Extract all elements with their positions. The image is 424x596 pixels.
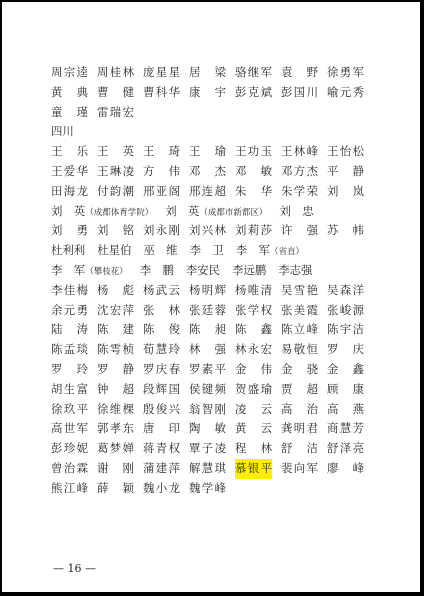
person-name: 陈 鑫 — [235, 320, 272, 340]
page-number: — 16 — — [53, 562, 96, 575]
affiliation-note: （成都市新都区） — [199, 208, 267, 218]
name-row: 黄 典曹 健曹科华康 宇彭克斌彭国川喻元秀 — [51, 83, 381, 103]
person-name: 曹 健 — [97, 83, 134, 103]
person-name: 罗素平 — [189, 360, 226, 380]
person-name: 方 伟 — [143, 162, 180, 182]
person-name: 骆继军 — [235, 63, 272, 83]
person-name: 邢连超 — [189, 182, 226, 202]
person-name: 刘 铭 — [97, 221, 134, 241]
person-name: 解慧琪 — [189, 459, 226, 479]
person-name: 刘 忠 — [279, 202, 313, 222]
person-name: 贺盛瑜 — [235, 380, 272, 400]
person-name: 杨 彪 — [97, 281, 134, 301]
person-name: 苏 帏 — [327, 221, 364, 241]
affiliation-note: （成都体育学院） — [85, 208, 153, 218]
person-name: 刘 岚 — [327, 182, 364, 202]
person-name: 周宗逵 — [51, 63, 88, 83]
name-row: 胡生富钟 超段辉国侯键频贺盛瑜贾 超顾 康 — [51, 380, 381, 400]
person-name: 陈 建 — [97, 320, 134, 340]
person-name: 魏小龙 — [143, 479, 180, 499]
person-name: 雷瑞宏 — [97, 103, 134, 123]
name-row: 陈孟琰陈雩桢荀慧玲林 强林永宏易敬恒罗 庆 — [51, 340, 381, 360]
person-name: 付韵潮 — [97, 182, 134, 202]
person-name: 陈孟琰 — [51, 340, 88, 360]
person-name: 彭克斌 — [235, 83, 272, 103]
person-name: 王爱华 — [51, 162, 88, 182]
person-name: 翁智刚 — [189, 400, 226, 420]
person-name: 刘永刚 — [143, 221, 180, 241]
person-name: 徐勇军 — [327, 63, 364, 83]
person-name: 邓 敏 — [235, 162, 272, 182]
person-name: 廖 峰 — [327, 459, 364, 479]
person-name-highlighted: 慕银平 — [235, 459, 272, 479]
person-name: 刘莉莎 — [235, 221, 272, 241]
person-name: 侯键频 — [189, 380, 226, 400]
person-name: 庞星星 — [143, 63, 180, 83]
person-name: 田海龙 — [51, 182, 88, 202]
person-name: 陈立峰 — [281, 320, 318, 340]
document-page: 周宗逵周桂林庞星星居 梁骆继军袁 野徐勇军黄 典曹 健曹科华康 宇彭克斌彭国川喻… — [2, 2, 420, 592]
person-name: 李安民 — [186, 261, 220, 281]
person-name: 杨明辉 — [189, 281, 226, 301]
person-name: 林永宏 — [235, 340, 272, 360]
person-name: 高世军 — [51, 419, 88, 439]
person-name: 袁 野 — [281, 63, 318, 83]
person-name: 薛 颖 — [97, 479, 134, 499]
section-heading: 四川 — [51, 122, 381, 142]
person-name: 魏学峰 — [189, 479, 226, 499]
person-name: 胡生富 — [51, 380, 88, 400]
name-row: 王 乐王 英王 琦王 瑜王功玉王林峰王怡松 — [51, 142, 381, 162]
person-name: 许 强 — [281, 221, 318, 241]
person-name: 罗庆春 — [143, 360, 180, 380]
person-name: 巫 维 — [143, 241, 177, 261]
person-name: 杨武云 — [143, 281, 180, 301]
person-name: 朱 华 — [235, 182, 272, 202]
person-name: 彭珍妮 — [51, 439, 88, 459]
person-name: 邢亚阁 — [143, 182, 180, 202]
person-name: 张廷蓉 — [189, 301, 226, 321]
person-name: 刘 勇 — [51, 221, 88, 241]
person-name: 金 鑫 — [327, 360, 364, 380]
person-name: 王 英 — [97, 142, 134, 162]
person-name: 李 军（省直） — [236, 241, 304, 263]
person-name: 谢 刚 — [97, 459, 134, 479]
person-name: 杜利利 — [51, 241, 85, 261]
person-name: 裴向军 — [281, 459, 318, 479]
person-name: 张 林 — [143, 301, 180, 321]
affiliation-note: （攀枝花） — [85, 267, 128, 277]
person-name: 李志强 — [278, 261, 312, 281]
person-name: 王琳凌 — [97, 162, 134, 182]
person-name: 顾 康 — [327, 380, 364, 400]
person-name: 蒋青权 — [143, 439, 180, 459]
person-name: 高 燕 — [327, 400, 364, 420]
person-name: 黄 典 — [51, 83, 88, 103]
name-row: 陆 涛陈 建陈 俊陈 昶陈 鑫陈立峰陈宇洁 — [51, 320, 381, 340]
person-name: 曹科华 — [143, 83, 180, 103]
name-row: 童 瑾雷瑞宏 — [51, 103, 381, 123]
person-name: 陈 俊 — [143, 320, 180, 340]
person-name: 罗 玲 — [51, 360, 88, 380]
person-name: 平 静 — [327, 162, 364, 182]
person-name: 刘 英（成都市新都区） — [165, 202, 267, 224]
person-name: 曾治霖 — [51, 459, 88, 479]
name-row: 杜利利杜星伯巫 维李 卫李 军（省直） — [51, 241, 381, 261]
person-name: 李 卫 — [190, 241, 224, 261]
person-name: 黄 云 — [235, 419, 272, 439]
name-row: 李 军（攀枝花）李 鹏李安民李远鹏李志强 — [51, 261, 381, 281]
person-name: 钟 超 — [97, 380, 134, 400]
person-name: 康 宇 — [189, 83, 226, 103]
person-name: 熊江峰 — [51, 479, 88, 499]
name-row: 刘 英（成都体育学院）刘 英（成都市新都区）刘 忠 — [51, 202, 381, 222]
person-name: 金 伟 — [235, 360, 272, 380]
person-name: 周桂林 — [97, 63, 134, 83]
person-name: 杜星伯 — [97, 241, 131, 261]
person-name: 杨唯清 — [235, 281, 272, 301]
person-name: 龚明君 — [281, 419, 318, 439]
name-row: 李佳梅杨 彪杨武云杨明辉杨唯清吴雪艳吴森洋 — [51, 281, 381, 301]
name-row: 刘 勇刘 铭刘永刚刘兴林刘莉莎许 强苏 帏 — [51, 221, 381, 241]
person-name: 殷俊兴 — [143, 400, 180, 420]
person-name: 陆 涛 — [51, 320, 88, 340]
person-name: 金 骁 — [281, 360, 318, 380]
name-row: 田海龙付韵潮邢亚阁邢连超朱 华朱学荣刘 岚 — [51, 182, 381, 202]
person-name: 李 军（攀枝花） — [51, 261, 128, 283]
person-name: 张学权 — [235, 301, 272, 321]
person-name: 王林峰 — [281, 142, 318, 162]
person-name: 高 治 — [281, 400, 318, 420]
person-name: 舒 洁 — [281, 439, 318, 459]
person-name: 邓 杰 — [189, 162, 226, 182]
person-name: 吴雪艳 — [281, 281, 318, 301]
person-name: 李佳梅 — [51, 281, 88, 301]
person-name: 覃子凌 — [189, 439, 226, 459]
person-name: 刘兴林 — [189, 221, 226, 241]
person-name: 易敬恒 — [281, 340, 318, 360]
person-name: 朱学荣 — [281, 182, 318, 202]
person-name: 贾 超 — [281, 380, 318, 400]
name-row: 熊江峰薛 颖魏小龙魏学峰 — [51, 479, 381, 499]
person-name: 荀慧玲 — [143, 340, 180, 360]
person-name: 凌 云 — [235, 400, 272, 420]
person-name: 程 林 — [235, 439, 272, 459]
person-name: 王功玉 — [235, 142, 272, 162]
person-name: 吴森洋 — [327, 281, 364, 301]
person-name: 罗 庆 — [327, 340, 364, 360]
person-name: 林 强 — [189, 340, 226, 360]
person-name: 余元勇 — [51, 301, 88, 321]
person-name: 商慧芳 — [327, 419, 364, 439]
person-name: 王 琦 — [143, 142, 180, 162]
person-name: 李远鹏 — [232, 261, 266, 281]
person-name: 蒲建萍 — [143, 459, 180, 479]
person-name: 喻元秀 — [327, 83, 364, 103]
name-row: 徐玖平徐维棵殷俊兴翁智刚凌 云高 治高 燕 — [51, 400, 381, 420]
name-row: 余元勇沈宏萍张 林张廷蓉张学权张美霞张峻源 — [51, 301, 381, 321]
person-name: 徐玖平 — [51, 400, 88, 420]
person-name: 王怡松 — [327, 142, 364, 162]
person-name: 陈宇洁 — [327, 320, 364, 340]
person-name: 葛梦婵 — [97, 439, 134, 459]
person-name: 段辉国 — [143, 380, 180, 400]
name-list: 周宗逵周桂林庞星星居 梁骆继军袁 野徐勇军黄 典曹 健曹科华康 宇彭克斌彭国川喻… — [51, 63, 381, 499]
person-name: 陈 昶 — [189, 320, 226, 340]
person-name: 沈宏萍 — [97, 301, 134, 321]
person-name: 王 瑜 — [189, 142, 226, 162]
name-row: 罗 玲罗 静罗庆春罗素平金 伟金 骁金 鑫 — [51, 360, 381, 380]
person-name: 刘 英（成都体育学院） — [51, 202, 153, 224]
person-name: 居 梁 — [189, 63, 226, 83]
person-name: 张峻源 — [327, 301, 364, 321]
person-name: 徐维棵 — [97, 400, 134, 420]
name-row: 周宗逵周桂林庞星星居 梁骆继军袁 野徐勇军 — [51, 63, 381, 83]
person-name: 张美霞 — [281, 301, 318, 321]
name-row: 彭珍妮葛梦婵蒋青权覃子凌程 林舒 洁舒泽亮 — [51, 439, 381, 459]
person-name: 李 鹏 — [140, 261, 174, 281]
person-name: 邓方杰 — [281, 162, 318, 182]
affiliation-note: （省直） — [270, 247, 304, 257]
person-name: 王 乐 — [51, 142, 88, 162]
name-row: 王爱华王琳凌方 伟邓 杰邓 敏邓方杰平 静 — [51, 162, 381, 182]
person-name: 童 瑾 — [51, 103, 88, 123]
name-row: 曾治霖谢 刚蒲建萍解慧琪慕银平裴向军廖 峰 — [51, 459, 381, 479]
person-name: 罗 静 — [97, 360, 134, 380]
name-row: 高世军郭孝东唐 印陶 敏黄 云龚明君商慧芳 — [51, 419, 381, 439]
person-name: 郭孝东 — [97, 419, 134, 439]
person-name: 舒泽亮 — [327, 439, 364, 459]
person-name: 彭国川 — [281, 83, 318, 103]
person-name: 唐 印 — [143, 419, 180, 439]
person-name: 陈雩桢 — [97, 340, 134, 360]
person-name: 陶 敏 — [189, 419, 226, 439]
